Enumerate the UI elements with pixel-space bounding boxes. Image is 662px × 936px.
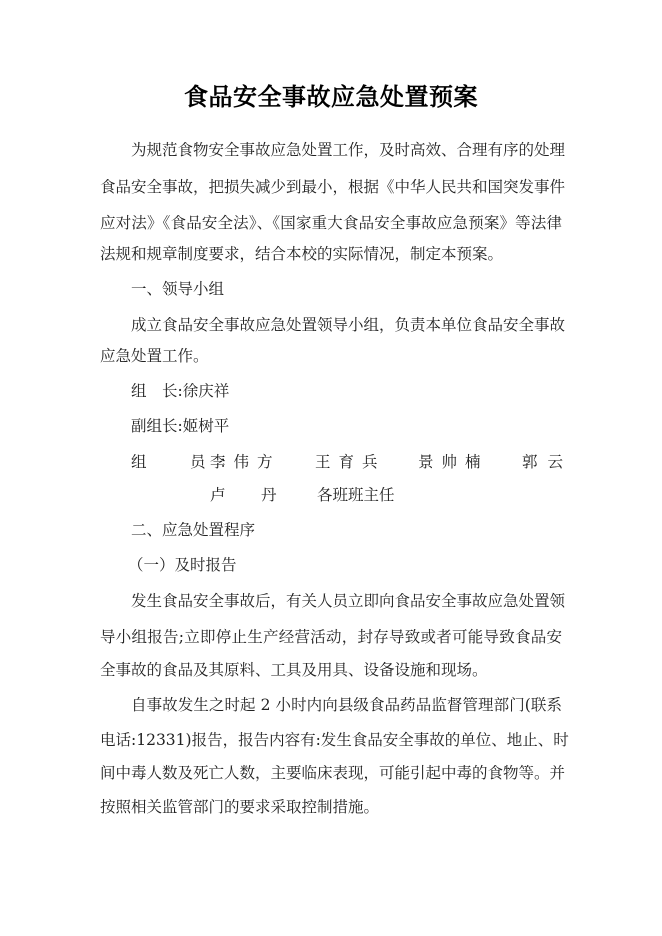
section2-heading: 二、应急处置程序: [131, 519, 562, 541]
section2-subheading: （一）及时报告: [128, 554, 590, 576]
intro-line-1: 为规范食物安全事故应急处置工作，及时高效、合理有序的处理: [131, 139, 562, 161]
deputy-line: 副组长:姬树平: [131, 415, 562, 437]
leader-line: 组 长:徐庆祥: [131, 380, 562, 402]
member-name: 景帅楠: [418, 451, 489, 473]
para1-line-1: 发生食品安全事故后，有关人员立即向食品安全事故应急处置领: [131, 590, 562, 612]
section1-body-line-1: 成立食品安全事故应急处置领导小组，负责本单位食品安全事故: [131, 314, 562, 336]
para2-line-4: 按照相关监管部门的要求采取控制措施。: [100, 796, 562, 818]
intro-line-4: 法规和规章制度要求，结合本校的实际情况，制定本预案。: [100, 243, 562, 265]
section1-body-line-2: 应急处置工作。: [100, 345, 562, 367]
para2-line-2: 电话:12331)报告，报告内容有:发生食品安全事故的单位、地止、时: [100, 729, 562, 751]
document-title: 食品安全事故应急处置预案: [0, 82, 662, 112]
intro-line-2: 食品安全事故，把损失减少到最小，根据《中华人民共和国突发事件: [100, 176, 562, 198]
para1-line-3: 全事故的食品及其原料、工具及用具、设备设施和现场。: [100, 659, 562, 681]
para1-line-2: 导小组报告;立即停止生产经营活动，封存导致或者可能导致食品安: [100, 626, 562, 648]
member-name: 王育兵: [315, 451, 386, 473]
member-name: 郭云: [522, 451, 573, 473]
section1-heading: 一、领导小组: [131, 278, 562, 300]
member-name: 李伟方: [210, 451, 281, 473]
document-page: 食品安全事故应急处置预案 为规范食物安全事故应急处置工作，及时高效、合理有序的处…: [0, 0, 662, 936]
para2-line-3: 间中毒人数及死亡人数，主要临床表现，可能引起中毒的食物等。并: [100, 762, 562, 784]
intro-line-3: 应对法》《食品安全法》、《国家重大食品安全事故应急预案》等法律: [100, 212, 562, 234]
member-name: 卢 丹: [210, 484, 287, 506]
para2-line-1: 自事故发生之时起 2 小时内向县级食品药品监督管理部门(联系: [131, 694, 562, 716]
member-name: 各班班主任: [317, 484, 395, 506]
